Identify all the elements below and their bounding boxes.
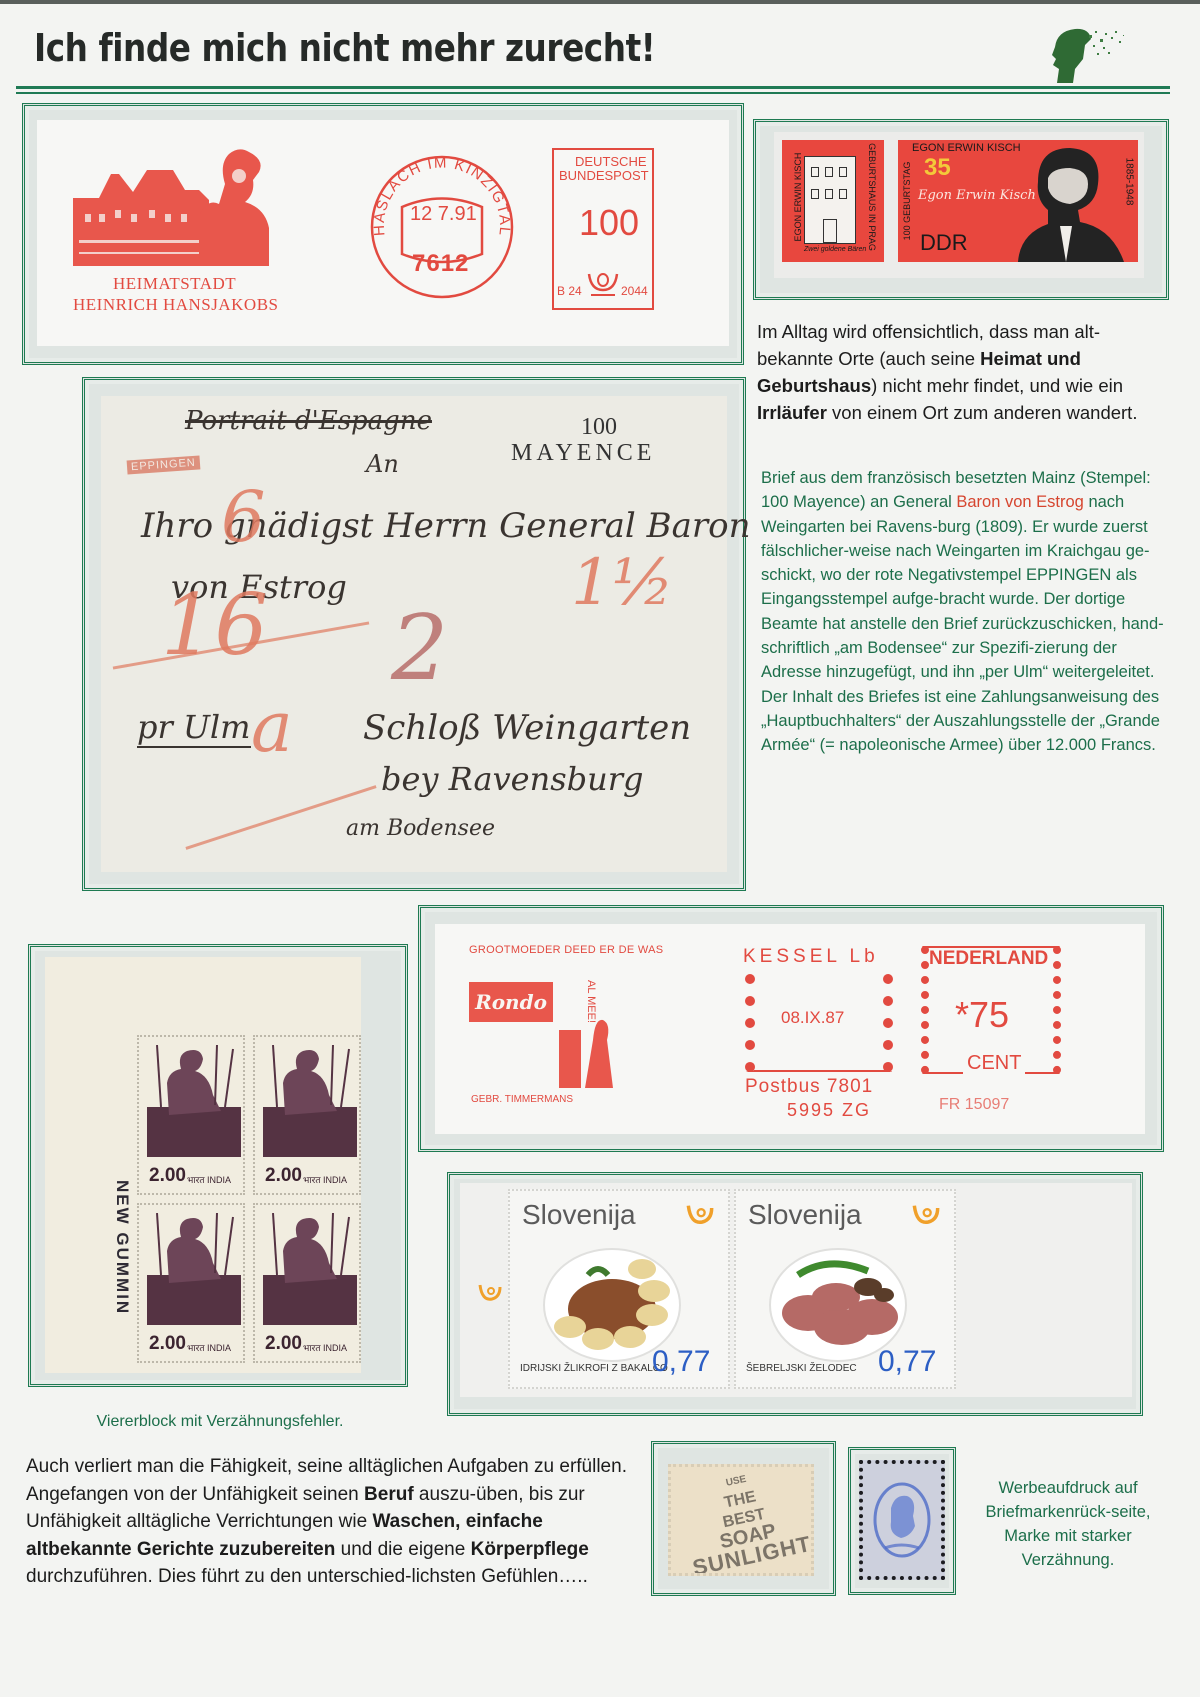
- stamp-value: 2.00: [265, 1165, 302, 1187]
- stamp-country: भारत INDIA: [303, 1341, 347, 1354]
- posthorn-icon: [686, 1203, 714, 1227]
- meter-unit: CENT: [963, 1052, 1025, 1075]
- dissolving-head-icon: [1045, 25, 1130, 85]
- india-block-sheet: NEW GUMMIN 2.00 भारत INDIA 2.00 भारत IND…: [45, 957, 361, 1373]
- destination-line-3: am Bodensee: [346, 816, 495, 841]
- stamp-name: EGON ERWIN KISCH: [912, 142, 1021, 154]
- meter-value: 100: [579, 202, 639, 244]
- stamp-value: 35: [924, 154, 951, 182]
- india-stamp: 2.00 भारत INDIA: [137, 1035, 245, 1195]
- ad-line-1: HEIMATSTADT: [113, 274, 236, 294]
- slovenia-stamp: Slovenija ŠEBRELJSKI ŽELODEC 0,77: [734, 1189, 956, 1389]
- soap-stamp: USE THE BEST SOAP SUNLIGHT: [668, 1464, 814, 1576]
- stamp-country: भारत INDIA: [303, 1173, 347, 1186]
- title-rule: [16, 86, 1170, 89]
- cover-haslach-frame: HEIMATSTADT HEINRICH HANSJAKOBS HASLACH …: [22, 103, 744, 365]
- stamp-value: 0,77: [878, 1345, 936, 1379]
- postmark-zip: 7612: [412, 250, 469, 278]
- ddr-stamp-frame: EGON ERWIN KISCH GEBURTSHAUS IN PRAG Zwe…: [753, 119, 1169, 300]
- ddr-kisch-stamp: EGON ERWIN KISCH 35 Egon Erwin Kisch DDR…: [898, 140, 1138, 262]
- page-title: Ich finde mich nicht mehr zurecht!: [34, 26, 655, 70]
- slovenia-sheet: Slovenija IDRIJSKI ŽLIKROFI Z BAKALCO 0,…: [460, 1183, 1132, 1397]
- rondo-logo: Rondo: [469, 982, 553, 1022]
- stamp-country: Slovenija: [522, 1199, 636, 1231]
- washerwoman-illustration: [555, 1010, 615, 1090]
- meter-code-right: 2044: [621, 284, 648, 298]
- scan-top-edge: [0, 0, 1200, 4]
- soap-stamp-caption: Werbeaufdruck auf Briefmarkenrück-seite,…: [968, 1476, 1168, 1572]
- cover-kessel: GROOTMOEDER DEED ER DE WAS AL MEE! Rondo…: [435, 924, 1145, 1134]
- slovenia-stamp-row: Slovenija IDRIJSKI ŽLIKROFI Z BAKALCO 0,…: [508, 1189, 1128, 1389]
- letter-description: Brief aus dem französisch besetzten Main…: [761, 466, 1165, 758]
- india-block-frame: NEW GUMMIN 2.00 भारत INDIA 2.00 भारत IND…: [28, 944, 408, 1387]
- meter-header-1: DEUTSCHE: [575, 154, 647, 169]
- hansjakob-ad-illustration: [69, 144, 269, 269]
- postmark-zip: 5995 ZG: [787, 1100, 871, 1121]
- stamp-country: भारत INDIA: [187, 1173, 231, 1186]
- red-mark-a: a: [251, 686, 293, 768]
- postmark-date: 12 7.91: [410, 203, 477, 226]
- meter-number: FR 15097: [939, 1096, 1009, 1114]
- india-stamp: 2.00 भारत INDIA: [253, 1035, 361, 1195]
- red-mark-1-half: 1½: [571, 546, 674, 620]
- postmark-place: KESSEL Lb: [743, 946, 879, 968]
- ad-slogan: GROOTMOEDER DEED ER DE WAS: [469, 944, 663, 956]
- slovenia-stamp: Slovenija IDRIJSKI ŽLIKROFI Z BAKALCO 0,…: [508, 1189, 730, 1389]
- dish-name: IDRIJSKI ŽLIKROFI Z BAKALCO: [520, 1363, 668, 1374]
- india-stamp: 2.00 भारत INDIA: [253, 1203, 361, 1363]
- eppingen-negative-stamp: EPPINGEN: [127, 455, 201, 474]
- stamp-country: DDR: [920, 230, 968, 256]
- stamp-value: 0,77: [652, 1345, 710, 1379]
- red-mark-16: 16: [161, 576, 268, 674]
- mayence-postmark-number: 100: [581, 414, 617, 441]
- ad-company: GEBR. TIMMERMANS: [471, 1094, 573, 1105]
- ddr-se-tenant-tab: EGON ERWIN KISCH GEBURTSHAUS IN PRAG Zwe…: [782, 140, 884, 262]
- stamp-country: भारत INDIA: [187, 1341, 231, 1354]
- ddr-stamp-pair: EGON ERWIN KISCH GEBURTSHAUS IN PRAG Zwe…: [774, 132, 1144, 278]
- weaver-vignette: [263, 1045, 357, 1157]
- stamp-value: 2.00: [149, 1333, 186, 1355]
- soap-overprint: USE THE BEST SOAP SUNLIGHT: [671, 1464, 814, 1576]
- dish-name: ŠEBRELJSKI ŽELODEC: [746, 1363, 857, 1374]
- meter-header-2: BUNDESPOST: [559, 168, 649, 183]
- destination-line-1: Schloß Weingarten: [363, 708, 691, 748]
- title-rule-thin: [16, 92, 1170, 94]
- tab-name: EGON ERWIN KISCH: [793, 137, 803, 257]
- ad-line-2: HEINRICH HANSJAKOBS: [73, 295, 279, 315]
- bottom-paragraph: Auch verliert man die Fähigkeit, seine a…: [26, 1453, 646, 1591]
- weaver-vignette: [263, 1213, 357, 1325]
- india-caption: Viererblock mit Verzähnungsfehler.: [40, 1413, 400, 1431]
- postmark-postbus: Postbus 7801: [745, 1076, 873, 1098]
- posthorn-icon: [585, 268, 621, 298]
- blue-stamp-frame: [848, 1447, 956, 1595]
- postmark-date: 08.IX.87: [781, 1008, 844, 1028]
- mayence-postmark-city: MAYENCE: [511, 440, 655, 467]
- stamp-occasion: 100 GEBURTSTAG: [902, 146, 912, 256]
- queen-head-vignette: [871, 1478, 933, 1562]
- meter-code-left: B 24: [557, 284, 582, 298]
- soap-stamp-frame: USE THE BEST SOAP SUNLIGHT: [651, 1441, 836, 1596]
- meter-country: NEDERLAND: [929, 948, 1048, 970]
- haslach-postmark: HASLACH IM KINZIGTAL: [367, 152, 517, 302]
- route-per-ulm: pr Ulm: [137, 708, 251, 748]
- kisch-portrait: [1008, 142, 1128, 262]
- sheet-margin-text: NEW GUMMIN: [112, 1180, 132, 1330]
- india-stamp: 2.00 भारत INDIA: [137, 1203, 245, 1363]
- weaver-vignette: [147, 1213, 241, 1325]
- meter-value: *75: [955, 994, 1009, 1036]
- tab-subcaption: Zwei goldene Bären: [804, 246, 866, 253]
- address-an: An: [366, 450, 399, 478]
- slovenia-frame: Slovenija IDRIJSKI ŽLIKROFI Z BAKALCO 0,…: [447, 1172, 1143, 1416]
- letter-mayence: Portrait d'Espagne 100 MAYENCE EPPINGEN …: [101, 396, 727, 872]
- intro-paragraph: Im Alltag wird offensichtlich, dass man …: [757, 318, 1167, 426]
- posthorn-icon: [912, 1203, 940, 1227]
- red-mark-6: 6: [221, 476, 266, 558]
- cover-haslach: HEIMATSTADT HEINRICH HANSJAKOBS HASLACH …: [37, 120, 729, 346]
- birthplace-house-drawing: [804, 156, 856, 244]
- posthorn-logo-icon: [478, 1283, 502, 1303]
- red-mark-2: 2: [391, 596, 448, 701]
- tab-caption: GEBURTSHAUS IN PRAG: [867, 137, 877, 257]
- stamp-country: Slovenija: [748, 1199, 862, 1231]
- weaver-vignette: [147, 1045, 241, 1157]
- stamp-value: 2.00: [265, 1333, 302, 1355]
- stamp-value: 2.00: [149, 1165, 186, 1187]
- cover-kessel-frame: GROOTMOEDER DEED ER DE WAS AL MEE! Rondo…: [418, 905, 1164, 1152]
- struck-line: Portrait d'Espagne: [185, 406, 432, 436]
- india-stamp-grid: 2.00 भारत INDIA 2.00 भारत INDIA 2.00 भार…: [137, 1035, 363, 1371]
- destination-line-2: bey Ravensburg: [381, 760, 644, 798]
- blue-queen-stamp: [859, 1460, 945, 1580]
- letter-mayence-frame: Portrait d'Espagne 100 MAYENCE EPPINGEN …: [82, 377, 746, 891]
